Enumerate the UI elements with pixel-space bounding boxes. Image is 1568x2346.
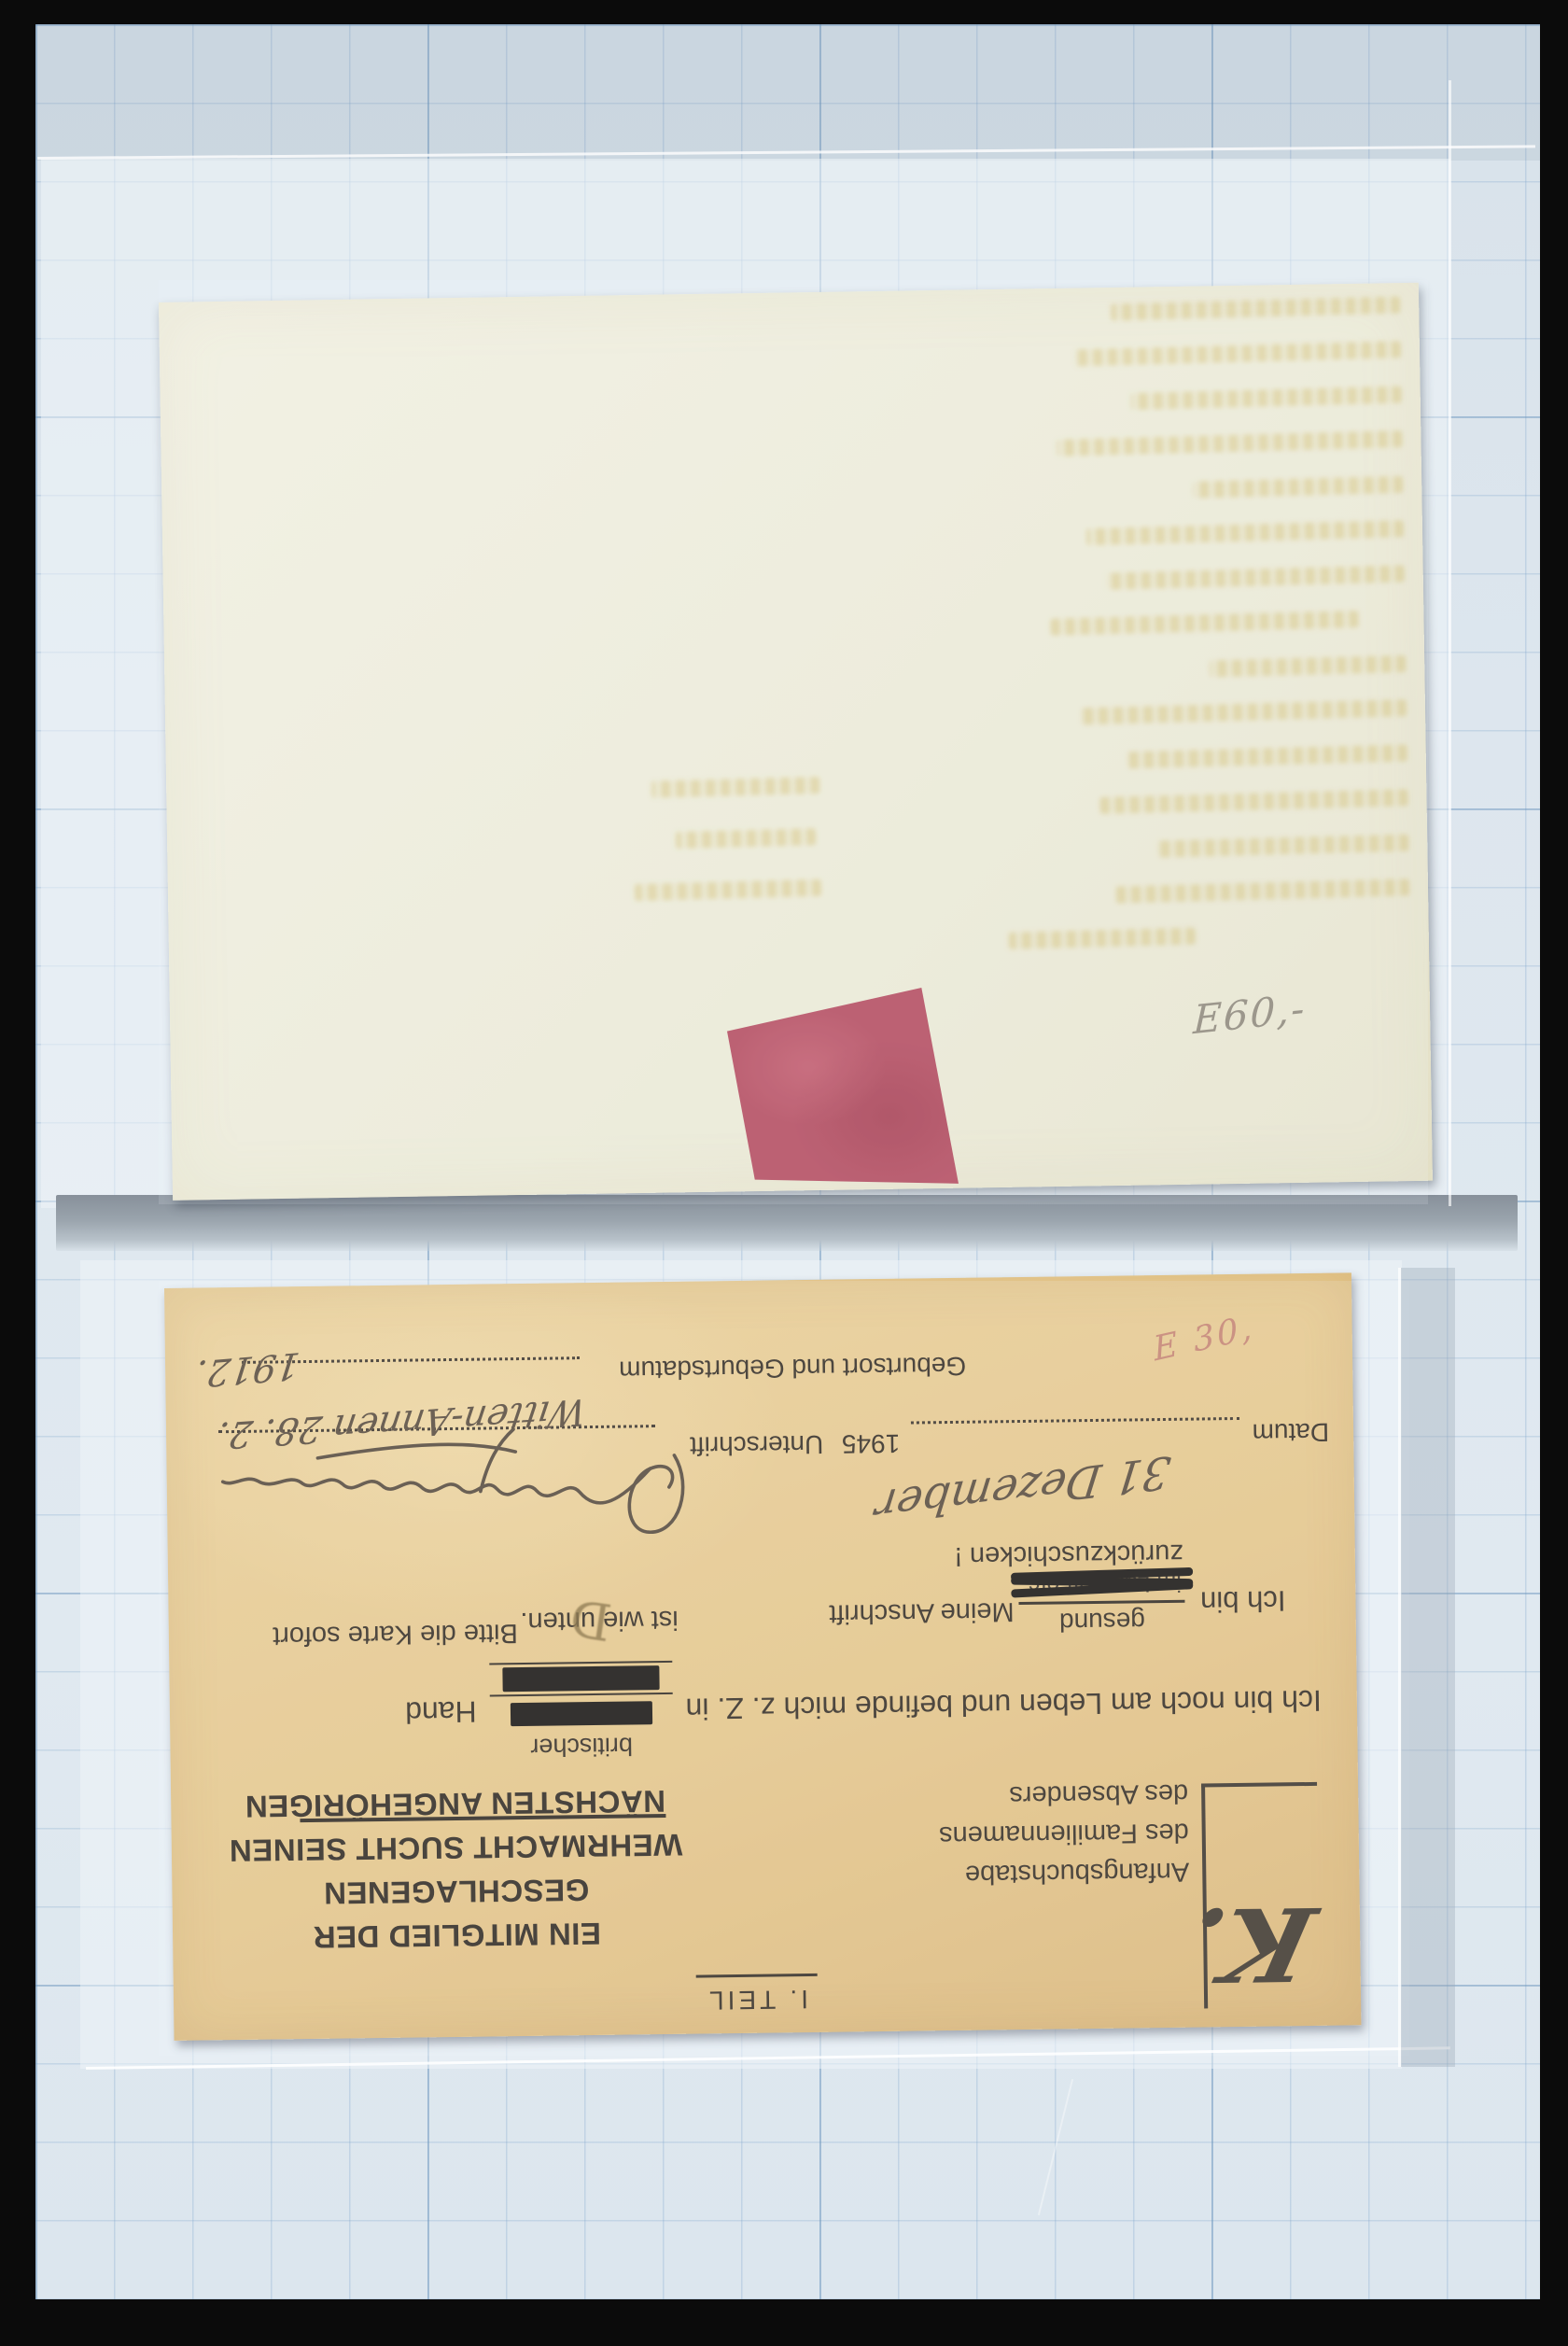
- bleedthrough-line: [1080, 699, 1407, 724]
- bleedthrough-line: [1111, 296, 1400, 320]
- initial-box-label-line1: Anfangsbuchstabe: [939, 1852, 1189, 1895]
- return-request-line2: zurückzuschicken !: [955, 1538, 1183, 1571]
- bleedthrough-line: [1086, 520, 1404, 545]
- bleedthrough-line: [1099, 789, 1407, 814]
- return-request-line1: Bitte die Karte sofort: [273, 1617, 518, 1651]
- censor-redaction-ruled: [489, 1661, 672, 1697]
- health-status-line: Ich bin gesund im Lazarett etc.: [1018, 1567, 1286, 1637]
- alive-status-suffix: Hand: [405, 1694, 477, 1730]
- bleedthrough-line: [651, 777, 819, 798]
- bleedthrough-line: [1050, 611, 1358, 636]
- card-heading-line2: WEHRMACHT SUCHT SEINEN: [202, 1822, 711, 1873]
- bleedthrough-line: [1193, 476, 1403, 499]
- date-dotted-line: [911, 1417, 1239, 1453]
- sleeve-gap-shadow: [56, 1195, 1518, 1251]
- health-option-gesund: gesund: [1059, 1606, 1145, 1637]
- date-label: Datum: [1252, 1417, 1329, 1448]
- printed-year: 1945: [842, 1428, 901, 1459]
- bleedthrough-line: [1127, 744, 1407, 768]
- health-status-prefix: Ich bin: [1200, 1584, 1286, 1619]
- album-page-photo: E60,- E 30, K. Anfangsbuchstabe des Fami…: [0, 0, 1568, 2346]
- custody-options-stack: britischer: [489, 1661, 673, 1763]
- handwritten-date: 31 Dezember: [873, 1445, 1174, 1533]
- page-top-strip: [35, 24, 1540, 161]
- health-fraction-rule: [1019, 1600, 1185, 1605]
- card-heading-line3: NÄCHSTEN ANGEHÖRIGEN: [201, 1778, 710, 1829]
- card-heading-line1: EIN MITGLIED DER GESCHLAGENEN: [202, 1866, 711, 1960]
- dealer-price-note-top: E60,-: [1193, 985, 1308, 1043]
- bleedthrough-line: [1074, 341, 1401, 366]
- initial-box-label: Anfangsbuchstabe des Familiennamens des …: [938, 1774, 1189, 1895]
- censor-stamp-mark: D: [567, 1587, 615, 1651]
- handwritten-initial: K.: [1175, 1884, 1325, 2003]
- card-content-rotated-180: K. Anfangsbuchstabe des Familiennamens d…: [164, 1272, 1361, 2041]
- bleedthrough-line: [1131, 386, 1402, 411]
- initial-box-label-line2: des Familiennamens: [939, 1813, 1189, 1856]
- address-note-part1: Meine Anschrift: [829, 1595, 1015, 1629]
- card-heading: EIN MITGLIED DER GESCHLAGENEN WEHRMACHT …: [201, 1778, 711, 1960]
- censor-redaction-bar-1: [511, 1701, 652, 1726]
- sleeve-edge-right-top: [1449, 80, 1451, 1206]
- sleeve-edge-shadow: [1401, 1268, 1455, 2067]
- bleedthrough-line: [676, 828, 816, 849]
- custody-option-visible: britischer: [530, 1731, 633, 1761]
- bleedthrough-line: [1156, 835, 1408, 858]
- part-label: I. TEIL: [696, 1974, 819, 2016]
- bleedthrough-line: [1106, 565, 1405, 589]
- bleedthrough-line: [635, 879, 821, 901]
- health-options-fraction: gesund im Lazarett etc.: [1018, 1568, 1186, 1637]
- bleedthrough-line: [1057, 430, 1402, 457]
- signature-label: Unterschrift: [690, 1429, 824, 1461]
- health-option-lazarett-struck: im Lazarett etc.: [1018, 1568, 1185, 1599]
- bleedthrough-line: [1210, 655, 1406, 677]
- bleedthrough-line: [1115, 878, 1409, 903]
- wehrmacht-search-card: E 30, K. Anfangsbuchstabe des Familienna…: [164, 1272, 1361, 2041]
- initial-box-label-line3: des Absenders: [938, 1774, 1188, 1817]
- alive-status-prefix: Ich bin noch am Leben und befinde mich z…: [685, 1683, 1322, 1726]
- birth-label: Geburtsort und Geburtsdatum: [619, 1351, 966, 1385]
- censor-redaction-bar-2: [502, 1665, 659, 1692]
- initial-box-line-horizontal: [1201, 1782, 1317, 1787]
- bleedthrough-line: [1009, 928, 1196, 949]
